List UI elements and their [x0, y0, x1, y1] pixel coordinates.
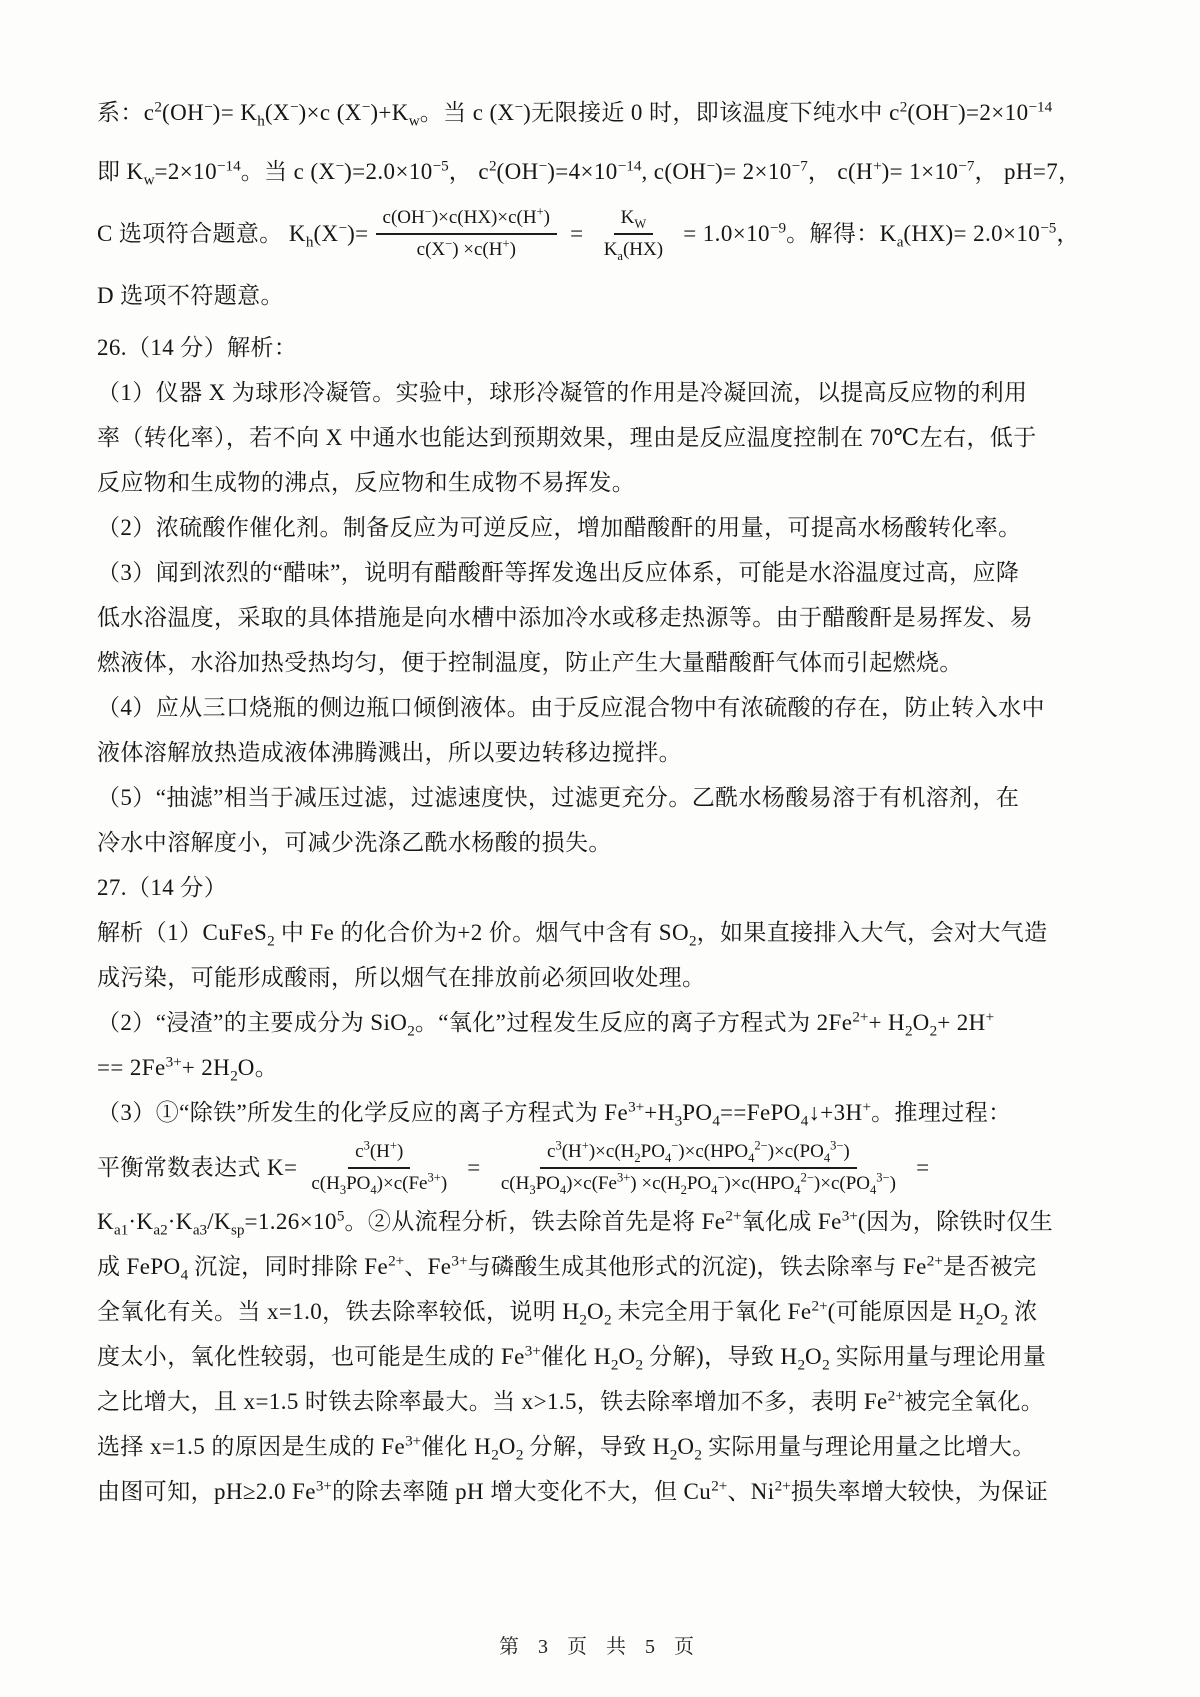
formula-text: C 选项符合题意。 Kh(X−)= — [97, 218, 369, 250]
formula-text: 平衡常数表达式 K= — [97, 1152, 297, 1184]
q26-header: 26.（14 分）解析： — [97, 326, 1119, 371]
q27-part3-line4: 成 FePO4 沉淀，同时排除 Fe2+、Fe3+与磷酸生成其他形式的沉淀)，铁… — [97, 1245, 1119, 1290]
q26-part1-line2: 率（转化率），若不向 X 中通水也能达到预期效果，理由是反应温度控制在 70℃左… — [97, 416, 1119, 461]
q25-line-1: 系：c2(OH−)= Kh(X−)×c (X−)+Kw。当 c (X−)无限接近… — [97, 84, 1119, 143]
fraction: c3(H+)c(H3PO4)×c(Fe3+) — [304, 1140, 454, 1197]
q26-part3-line1: （3）闻到浓烈的“醋味”，说明有醋酸酐等挥发逸出反应体系，可能是水浴温度过高，应… — [97, 551, 1119, 596]
formula-text: = — [461, 1152, 487, 1184]
q27-part2-line1: （2）“浸渣”的主要成分为 SiO2。“氧化”过程发生反应的离子方程式为 2Fe… — [97, 1001, 1119, 1046]
fraction-numerator: c3(H+)×c(H2PO4−)×c(HPO42−)×c(PO43−) — [540, 1140, 857, 1169]
fraction-denominator: c(H3PO4)×c(Fe3+) ×c(H2PO4−)×c(HPO42−)×c(… — [494, 1169, 903, 1196]
fraction-numerator: c(OH−)×c(HX)×c(H+) — [376, 206, 557, 235]
q27-part3-line7: 之比增大，且 x=1.5 时铁去除率最大。当 x>1.5，铁去除率增加不多，表明… — [97, 1380, 1119, 1425]
q26-part4-line2: 液体溶解放热造成液体沸腾溅出，所以要边转移边搅拌。 — [97, 731, 1119, 776]
fraction: c3(H+)×c(H2PO4−)×c(HPO42−)×c(PO43−)c(H3P… — [494, 1140, 903, 1197]
fraction-denominator: c(H3PO4)×c(Fe3+) — [304, 1169, 454, 1196]
fraction-denominator: Ka(HX) — [597, 235, 670, 262]
q26-part3-line3: 燃液体，水浴加热受热均匀，便于控制温度，防止产生大量醋酸酐气体而引起燃烧。 — [97, 641, 1119, 686]
q25-line-3-formula: C 选项符合题意。 Kh(X−)=c(OH−)×c(HX)×c(H+)c(X−)… — [97, 202, 1119, 267]
q26-part5-line2: 冷水中溶解度小，可减少洗涤乙酰水杨酸的损失。 — [97, 821, 1119, 866]
section-q27: 27.（14 分）解析（1）CuFeS2 中 Fe 的化合价为+2 价。烟气中含… — [97, 866, 1119, 1516]
section-q26: 26.（14 分）解析：（1）仪器 X 为球形冷凝管。实验中，球形冷凝管的作用是… — [97, 326, 1119, 866]
formula-text: = — [564, 218, 590, 250]
formula-text: = — [910, 1152, 930, 1184]
q27-header: 27.（14 分） — [97, 866, 1119, 911]
q25-line-4: D 选项不符题意。 — [97, 267, 1119, 326]
scanned-answer-page: 系：c2(OH−)= Kh(X−)×c (X−)+Kw。当 c (X−)无限接近… — [0, 0, 1200, 1697]
q27-part1-line2: 成污染，可能形成酸雨，所以烟气在排放前必须回收处理。 — [97, 956, 1119, 1001]
page-number-footer: 第 3 页 共 5 页 — [0, 1630, 1200, 1659]
formula-text: = 1.0×10−9。解得：Ka(HX)= 2.0×10−5， — [677, 218, 1080, 250]
q26-part1-line1: （1）仪器 X 为球形冷凝管。实验中，球形冷凝管的作用是冷凝回流，以提高反应物的… — [97, 371, 1119, 416]
document-body: 系：c2(OH−)= Kh(X−)×c (X−)+Kw。当 c (X−)无限接近… — [97, 84, 1119, 1515]
q26-part2-line1: （2）浓硫酸作催化剂。制备反应为可逆反应，增加醋酸酐的用量，可提高水杨酸转化率。 — [97, 506, 1119, 551]
fraction-numerator: KW — [614, 206, 654, 235]
q26-part3-line2: 低水浴温度，采取的具体措施是向水槽中添加冷水或移走热源等。由于醋酸酐是易挥发、易 — [97, 596, 1119, 641]
q27-part3-line6: 度太小，氧化性较弱，也可能是生成的 Fe3+催化 H2O2 分解)，导致 H2O… — [97, 1335, 1119, 1380]
fraction-numerator: c3(H+) — [348, 1140, 410, 1169]
section-q25: 系：c2(OH−)= Kh(X−)×c (X−)+Kw。当 c (X−)无限接近… — [97, 84, 1119, 326]
q26-part4-line1: （4）应从三口烧瓶的侧边瓶口倾倒液体。由于反应混合物中有浓硫酸的存在，防止转入水… — [97, 686, 1119, 731]
fraction-denominator: c(X−) ×c(H+) — [410, 235, 523, 262]
q27-part1-line1: 解析（1）CuFeS2 中 Fe 的化合价为+2 价。烟气中含有 SO2，如果直… — [97, 911, 1119, 956]
q26-part5-line1: （5）“抽滤”相当于减压过滤，过滤速度快，过滤更充分。乙酰水杨酸易溶于有机溶剂，… — [97, 776, 1119, 821]
q27-k-expression: 平衡常数表达式 K=c3(H+)c(H3PO4)×c(Fe3+) = c3(H+… — [97, 1136, 1119, 1201]
q27-part3-line1: （3）①“除铁”所发生的化学反应的离子方程式为 Fe3++H3PO4==FePO… — [97, 1091, 1119, 1136]
q27-part3-line3: Ka1·Ka2·Ka3/Ksp=1.26×105。②从流程分析，铁去除首先是将 … — [97, 1200, 1119, 1245]
q26-part1-line3: 反应物和生成物的沸点，反应物和生成物不易挥发。 — [97, 461, 1119, 506]
fraction: c(OH−)×c(HX)×c(H+)c(X−) ×c(H+) — [376, 206, 557, 263]
q27-part3-line5: 全氧化有关。当 x=1.0，铁去除率较低，说明 H2O2 未完全用于氧化 Fe2… — [97, 1290, 1119, 1335]
q25-line-2: 即 Kw=2×10−14。当 c (X−)=2.0×10−5， c2(OH−)=… — [97, 143, 1119, 202]
q27-part3-line8: 选择 x=1.5 的原因是生成的 Fe3+催化 H2O2 分解，导致 H2O2 … — [97, 1425, 1119, 1470]
q27-part3-line9: 由图可知，pH≥2.0 Fe3+的除去率随 pH 增大变化不大，但 Cu2+、N… — [97, 1470, 1119, 1515]
fraction: KWKa(HX) — [597, 206, 670, 263]
q27-part2-line2: == 2Fe3++ 2H2O。 — [97, 1046, 1119, 1091]
